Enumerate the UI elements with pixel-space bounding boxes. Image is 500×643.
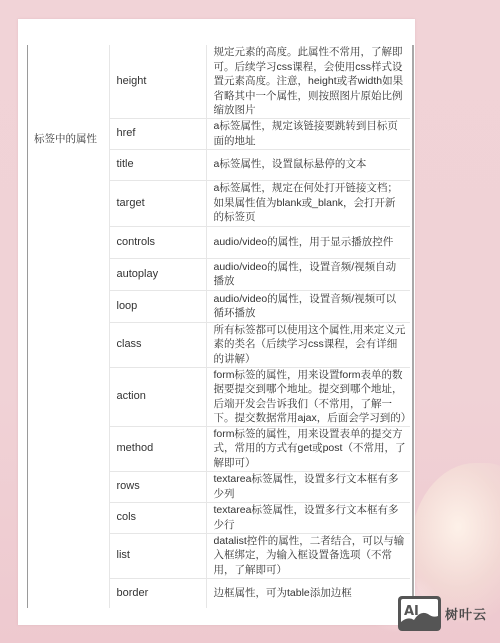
attribute-name-cell: height (109, 45, 206, 118)
group-label-cell: 标签中的属性 (28, 45, 109, 608)
attribute-description-cell: 边框属性，可为table添加边框 (206, 578, 410, 608)
attribute-name-cell: border (109, 578, 206, 608)
attribute-description-cell: textarea标签属性，设置多行文本框有多少行 (206, 502, 410, 533)
ai-image-logo-icon: AI (398, 596, 441, 631)
attribute-description-cell: datalist控件的属性，二者结合，可以与输入框绑定，为输入框设置备选项（不常… (206, 533, 410, 578)
attribute-name-cell: cols (109, 502, 206, 533)
svg-text:AI: AI (404, 604, 419, 619)
attributes-table-container: 标签中的属性height规定元素的高度。此属性不常用，了解即可。后续学习css课… (27, 45, 414, 608)
attribute-name-cell: loop (109, 290, 206, 322)
attribute-description-cell: 规定元素的高度。此属性不常用，了解即可。后续学习css课程，会使用css样式设置… (206, 45, 410, 118)
document-card: 标签中的属性height规定元素的高度。此属性不常用，了解即可。后续学习css课… (18, 19, 415, 625)
attribute-name-cell: class (109, 322, 206, 367)
attributes-table: 标签中的属性height规定元素的高度。此属性不常用，了解即可。后续学习css课… (28, 45, 410, 608)
attribute-description-cell: a标签属性，设置鼠标悬停的文本 (206, 149, 410, 180)
attribute-name-cell: target (109, 180, 206, 226)
watermark-brand: 树叶云 (445, 604, 487, 623)
table-row: 标签中的属性height规定元素的高度。此属性不常用，了解即可。后续学习css课… (28, 45, 410, 118)
watermark: AI 树叶云 (398, 596, 487, 631)
attribute-name-cell: title (109, 149, 206, 180)
attribute-description-cell: form标签的属性，用来设置表单的提交方式，常用的方式有get或post（不常用… (206, 426, 410, 471)
attribute-name-cell: action (109, 367, 206, 426)
attribute-name-cell: autoplay (109, 258, 206, 290)
attribute-name-cell: controls (109, 226, 206, 258)
attribute-description-cell: a标签属性，规定该链接要跳转到目标页面的地址 (206, 118, 410, 149)
attribute-name-cell: rows (109, 471, 206, 502)
attribute-description-cell: audio/video的属性，设置音频/视频可以循环播放 (206, 290, 410, 322)
attribute-description-cell: audio/video的属性，设置音频/视频自动播放 (206, 258, 410, 290)
attribute-description-cell: a标签属性，规定在何处打开链接文档；如果属性值为blank或_blank，会打开… (206, 180, 410, 226)
attribute-name-cell: list (109, 533, 206, 578)
attribute-name-cell: method (109, 426, 206, 471)
attribute-description-cell: audio/video的属性，用于显示播放控件 (206, 226, 410, 258)
attribute-description-cell: textarea标签属性，设置多行文本框有多少列 (206, 471, 410, 502)
attribute-description-cell: 所有标签都可以使用这个属性,用来定义元素的类名（后续学习css课程，会有详细的讲… (206, 322, 410, 367)
attribute-name-cell: href (109, 118, 206, 149)
attribute-description-cell: form标签的属性，用来设置form表单的数据要提交到哪个地址。提交到哪个地址，… (206, 367, 410, 426)
